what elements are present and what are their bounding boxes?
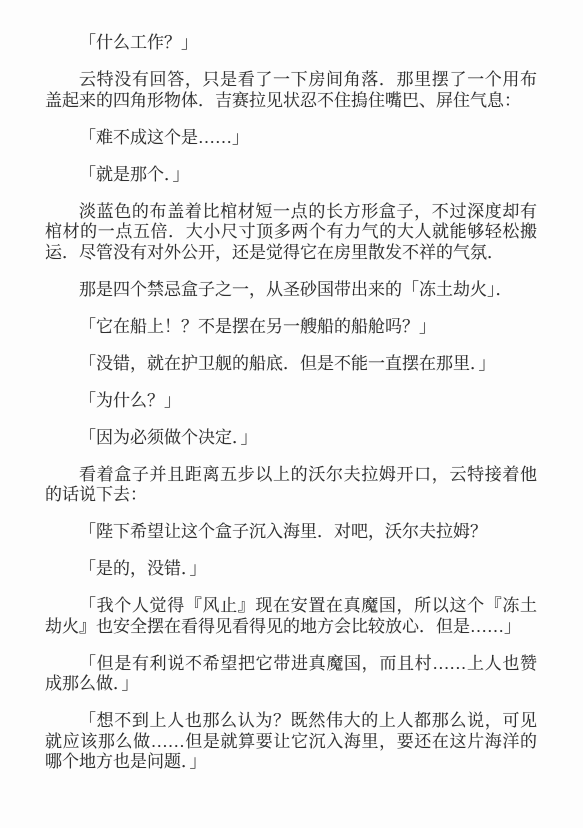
paragraph: 「但是有利说不希望把它带进真魔国，而且村……上人也赞成那么做．」 (45, 654, 537, 695)
paragraph: 看着盒子并且距离五步以上的沃尔夫拉姆开口，云特接着他的话说下去： (45, 465, 537, 506)
paragraph: 「因为必须做个决定．」 (45, 428, 537, 449)
paragraph: 「没错，就在护卫舰的船底．但是不能一直摆在那里．」 (45, 354, 537, 375)
novel-page: 「什么工作？」云特没有回答，只是看了一下房间角落．那里摆了一个用布盖起来的四角形… (0, 0, 583, 828)
paragraph: 淡蓝色的布盖着比棺材短一点的长方形盒子，不过深度却有棺材的一点五倍．大小尺寸顶多… (45, 202, 537, 264)
paragraph: 那是四个禁忌盒子之一，从圣砂国带出来的「冻土劫火」． (45, 280, 537, 301)
paragraph: 「就是那个．」 (45, 165, 537, 186)
paragraph: 「为什么？」 (45, 391, 537, 412)
paragraph: 「我个人觉得『风止』现在安置在真魔国，所以这个『冻土劫火』也安全摆在看得见看得见… (45, 596, 537, 637)
paragraph: 「它在船上！？不是摆在另一艘船的船舱吗？」 (45, 317, 537, 338)
paragraph: 云特没有回答，只是看了一下房间角落．那里摆了一个用布盖起来的四角形物体．吉赛拉见… (45, 70, 537, 111)
paragraph: 「是的，没错．」 (45, 559, 537, 580)
paragraph: 「难不成这个是……」 (45, 128, 537, 149)
paragraph: 「想不到上人也那么认为？既然伟大的上人都那么说，可见就应该那么做……但是就算要让… (45, 711, 537, 773)
paragraph: 「什么工作？」 (45, 33, 537, 54)
paragraph: 「陛下希望让这个盒子沉入海里．对吧，沃尔夫拉姆？ (45, 522, 537, 543)
text-column: 「什么工作？」云特没有回答，只是看了一下房间角落．那里摆了一个用布盖起来的四角形… (45, 33, 537, 773)
